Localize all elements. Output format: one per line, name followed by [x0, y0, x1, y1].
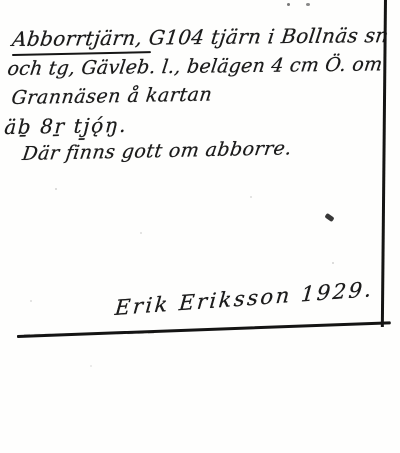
headword-underline [12, 51, 151, 56]
note-line-1-rest: , G104 tjärn i Bollnäs sn [134, 23, 390, 50]
headword: Abborrtjärn [11, 26, 137, 51]
ink-speck [287, 3, 290, 6]
scan-noise-speck [140, 232, 142, 234]
note-line-3: Grannäsen å kartan [10, 84, 213, 109]
card-bottom-edge [17, 321, 391, 338]
scan-noise-speck [90, 365, 92, 367]
ink-mark [324, 213, 334, 222]
note-line-1: Abborrtjärn, G104 tjärn i Bollnäs sn [11, 23, 390, 51]
signature: Erik Eriksson 1929. [114, 277, 375, 320]
scanned-card-image: Abborrtjärn, G104 tjärn i Bollnäs sn och… [0, 0, 400, 453]
note-line-5: Där finns gott om abborre. [21, 137, 293, 165]
phonetic-notation-line: äḇ 8ṟ tj̱ǫ́ŋ. [4, 113, 128, 139]
scan-noise-speck [250, 196, 252, 198]
ink-speck [306, 3, 310, 6]
note-line-2: och tg, Gävleb. l., belägen 4 cm Ö. om [6, 53, 384, 80]
scan-noise-speck [30, 300, 32, 302]
scan-noise-speck [55, 188, 57, 190]
scan-noise-speck [332, 262, 334, 264]
card-right-edge [381, 0, 387, 327]
